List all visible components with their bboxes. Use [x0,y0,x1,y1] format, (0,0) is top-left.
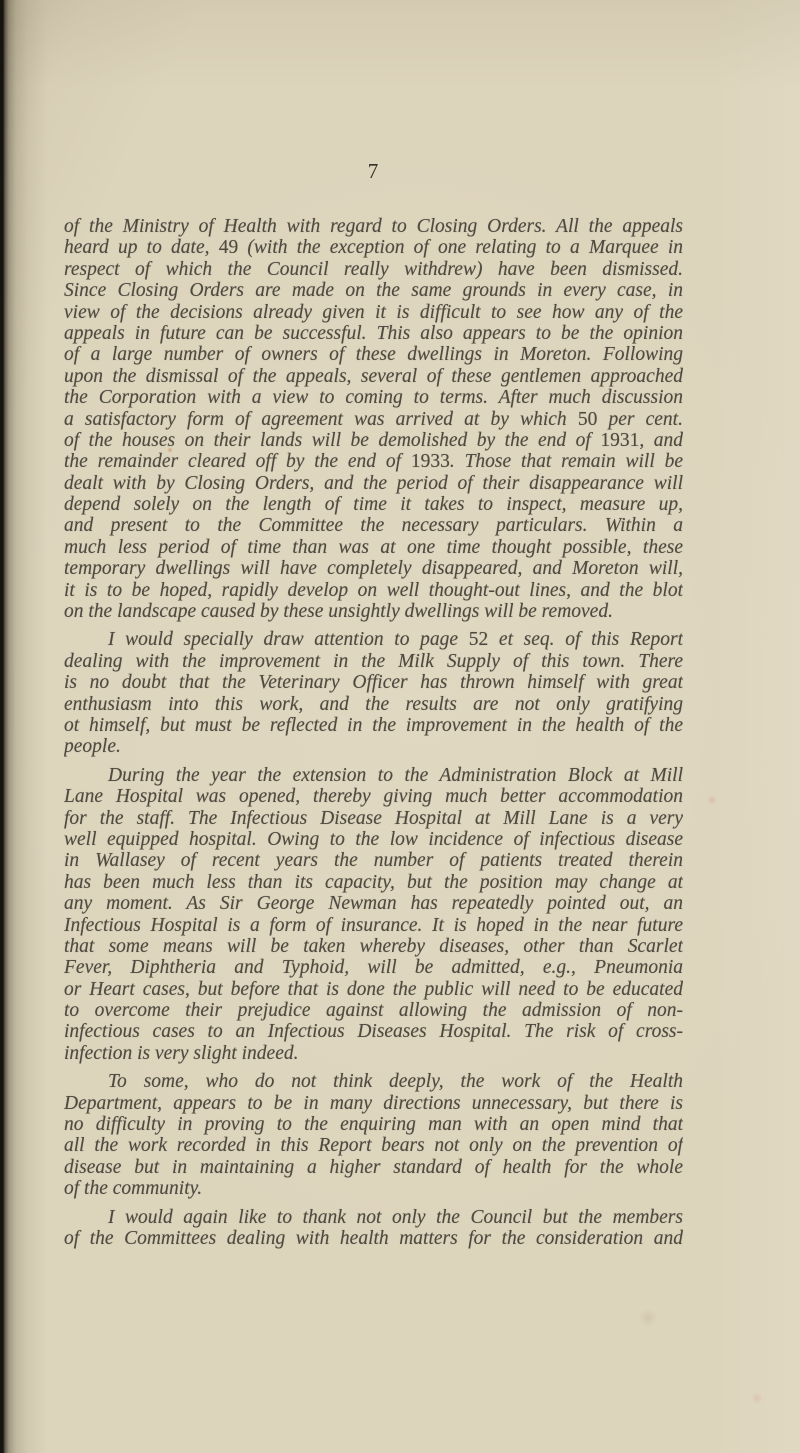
text-line: any moment. As Sir George Newman has rep… [64,893,683,914]
text-line: depend solely on the length of time it t… [64,494,683,515]
text-line: to overcome their prejudice against allo… [64,1000,683,1021]
text-line: temporary dwellings will have completely… [64,558,683,579]
upright-numeral: 52 [469,629,489,650]
text-line: no difficulty in proving to the enquirin… [64,1114,683,1135]
text-line: dealt with by Closing Orders, and the pe… [64,473,683,494]
text-line: in Wallasey of recent years the number o… [64,850,683,871]
text-line: To some, who do not think deeply, the wo… [64,1071,683,1092]
text-line: well equipped hospital. Owing to the low… [64,829,683,850]
text-line: of the community. [64,1178,683,1199]
text-line: all the work recorded in this Report bea… [64,1135,683,1156]
upright-numeral: 1933 [411,451,450,472]
text-line: much less period of time than was at one… [64,537,683,558]
text-line: a satisfactory form of agreement was arr… [64,409,683,430]
text-line: Infectious Hospital is a form of insuran… [64,915,683,936]
text-line: infectious cases to an Infectious Diseas… [64,1021,683,1042]
text-line: I would again like to thank not only the… [64,1207,683,1228]
text-line: Department, appears to be in many direct… [64,1093,683,1114]
paragraph: I would specially draw attention to page… [64,629,683,757]
text-line: During the year the extension to the Adm… [64,765,683,786]
text-line: is no doubt that the Veterinary Officer … [64,672,683,693]
text-line: on the landscape caused by these unsight… [64,601,683,622]
paragraph: To some, who do not think deeply, the wo… [64,1071,683,1199]
text-block: of the Ministry of Health with regard to… [64,216,683,1249]
upright-numeral: 50 [578,409,598,430]
text-line: respect of which the Council really with… [64,259,683,280]
text-line: ot himself, but must be reflected in the… [64,715,683,736]
text-line: or Heart cases, but before that is done … [64,979,683,1000]
upright-numeral: 49 [219,237,239,258]
text-line: of the Ministry of Health with regard to… [64,216,683,237]
text-line: dealing with the improvement in the Milk… [64,651,683,672]
text-line: enthusiasm into this work, and the resul… [64,694,683,715]
text-line: people. [64,736,683,757]
text-line: of the houses on their lands will be dem… [64,430,683,451]
text-line: disease but in maintaining a higher stan… [64,1157,683,1178]
text-line: has been much less than its capacity, bu… [64,872,683,893]
text-line: I would specially draw attention to page… [64,629,683,650]
scanned-book-page: 7 of the Ministry of Health with regard … [0,0,800,1453]
text-line: view of the decisions already given it i… [64,302,683,323]
paragraph: of the Ministry of Health with regard to… [64,216,683,622]
text-line: it is to be hoped, rapidly develop on we… [64,580,683,601]
text-line: of a large number of owners of these dwe… [64,344,683,365]
text-line: Lane Hospital was opened, thereby giving… [64,786,683,807]
text-line: of the Committees dealing with health ma… [64,1228,683,1249]
page-number: 7 [64,159,683,184]
text-line: that some means will be taken whereby di… [64,936,683,957]
text-line: infection is very slight indeed. [64,1043,683,1064]
text-line: heard up to date, 49 (with the exception… [64,237,683,258]
text-line: Fever, Diphtheria and Typhoid, will be a… [64,957,683,978]
paragraph: I would again like to thank not only the… [64,1207,683,1250]
text-line: the remainder cleared off by the end of … [64,451,683,472]
text-line: for the staff. The Infectious Disease Ho… [64,808,683,829]
upright-numeral: 1931 [600,430,639,451]
text-line: the Corporation with a view to coming to… [64,387,683,408]
paragraph: During the year the extension to the Adm… [64,765,683,1064]
text-line: upon the dismissal of the appeals, sever… [64,366,683,387]
text-line: and present to the Committee the necessa… [64,515,683,536]
text-line: appeals in future can be successful. Thi… [64,323,683,344]
text-line: Since Closing Orders are made on the sam… [64,280,683,301]
